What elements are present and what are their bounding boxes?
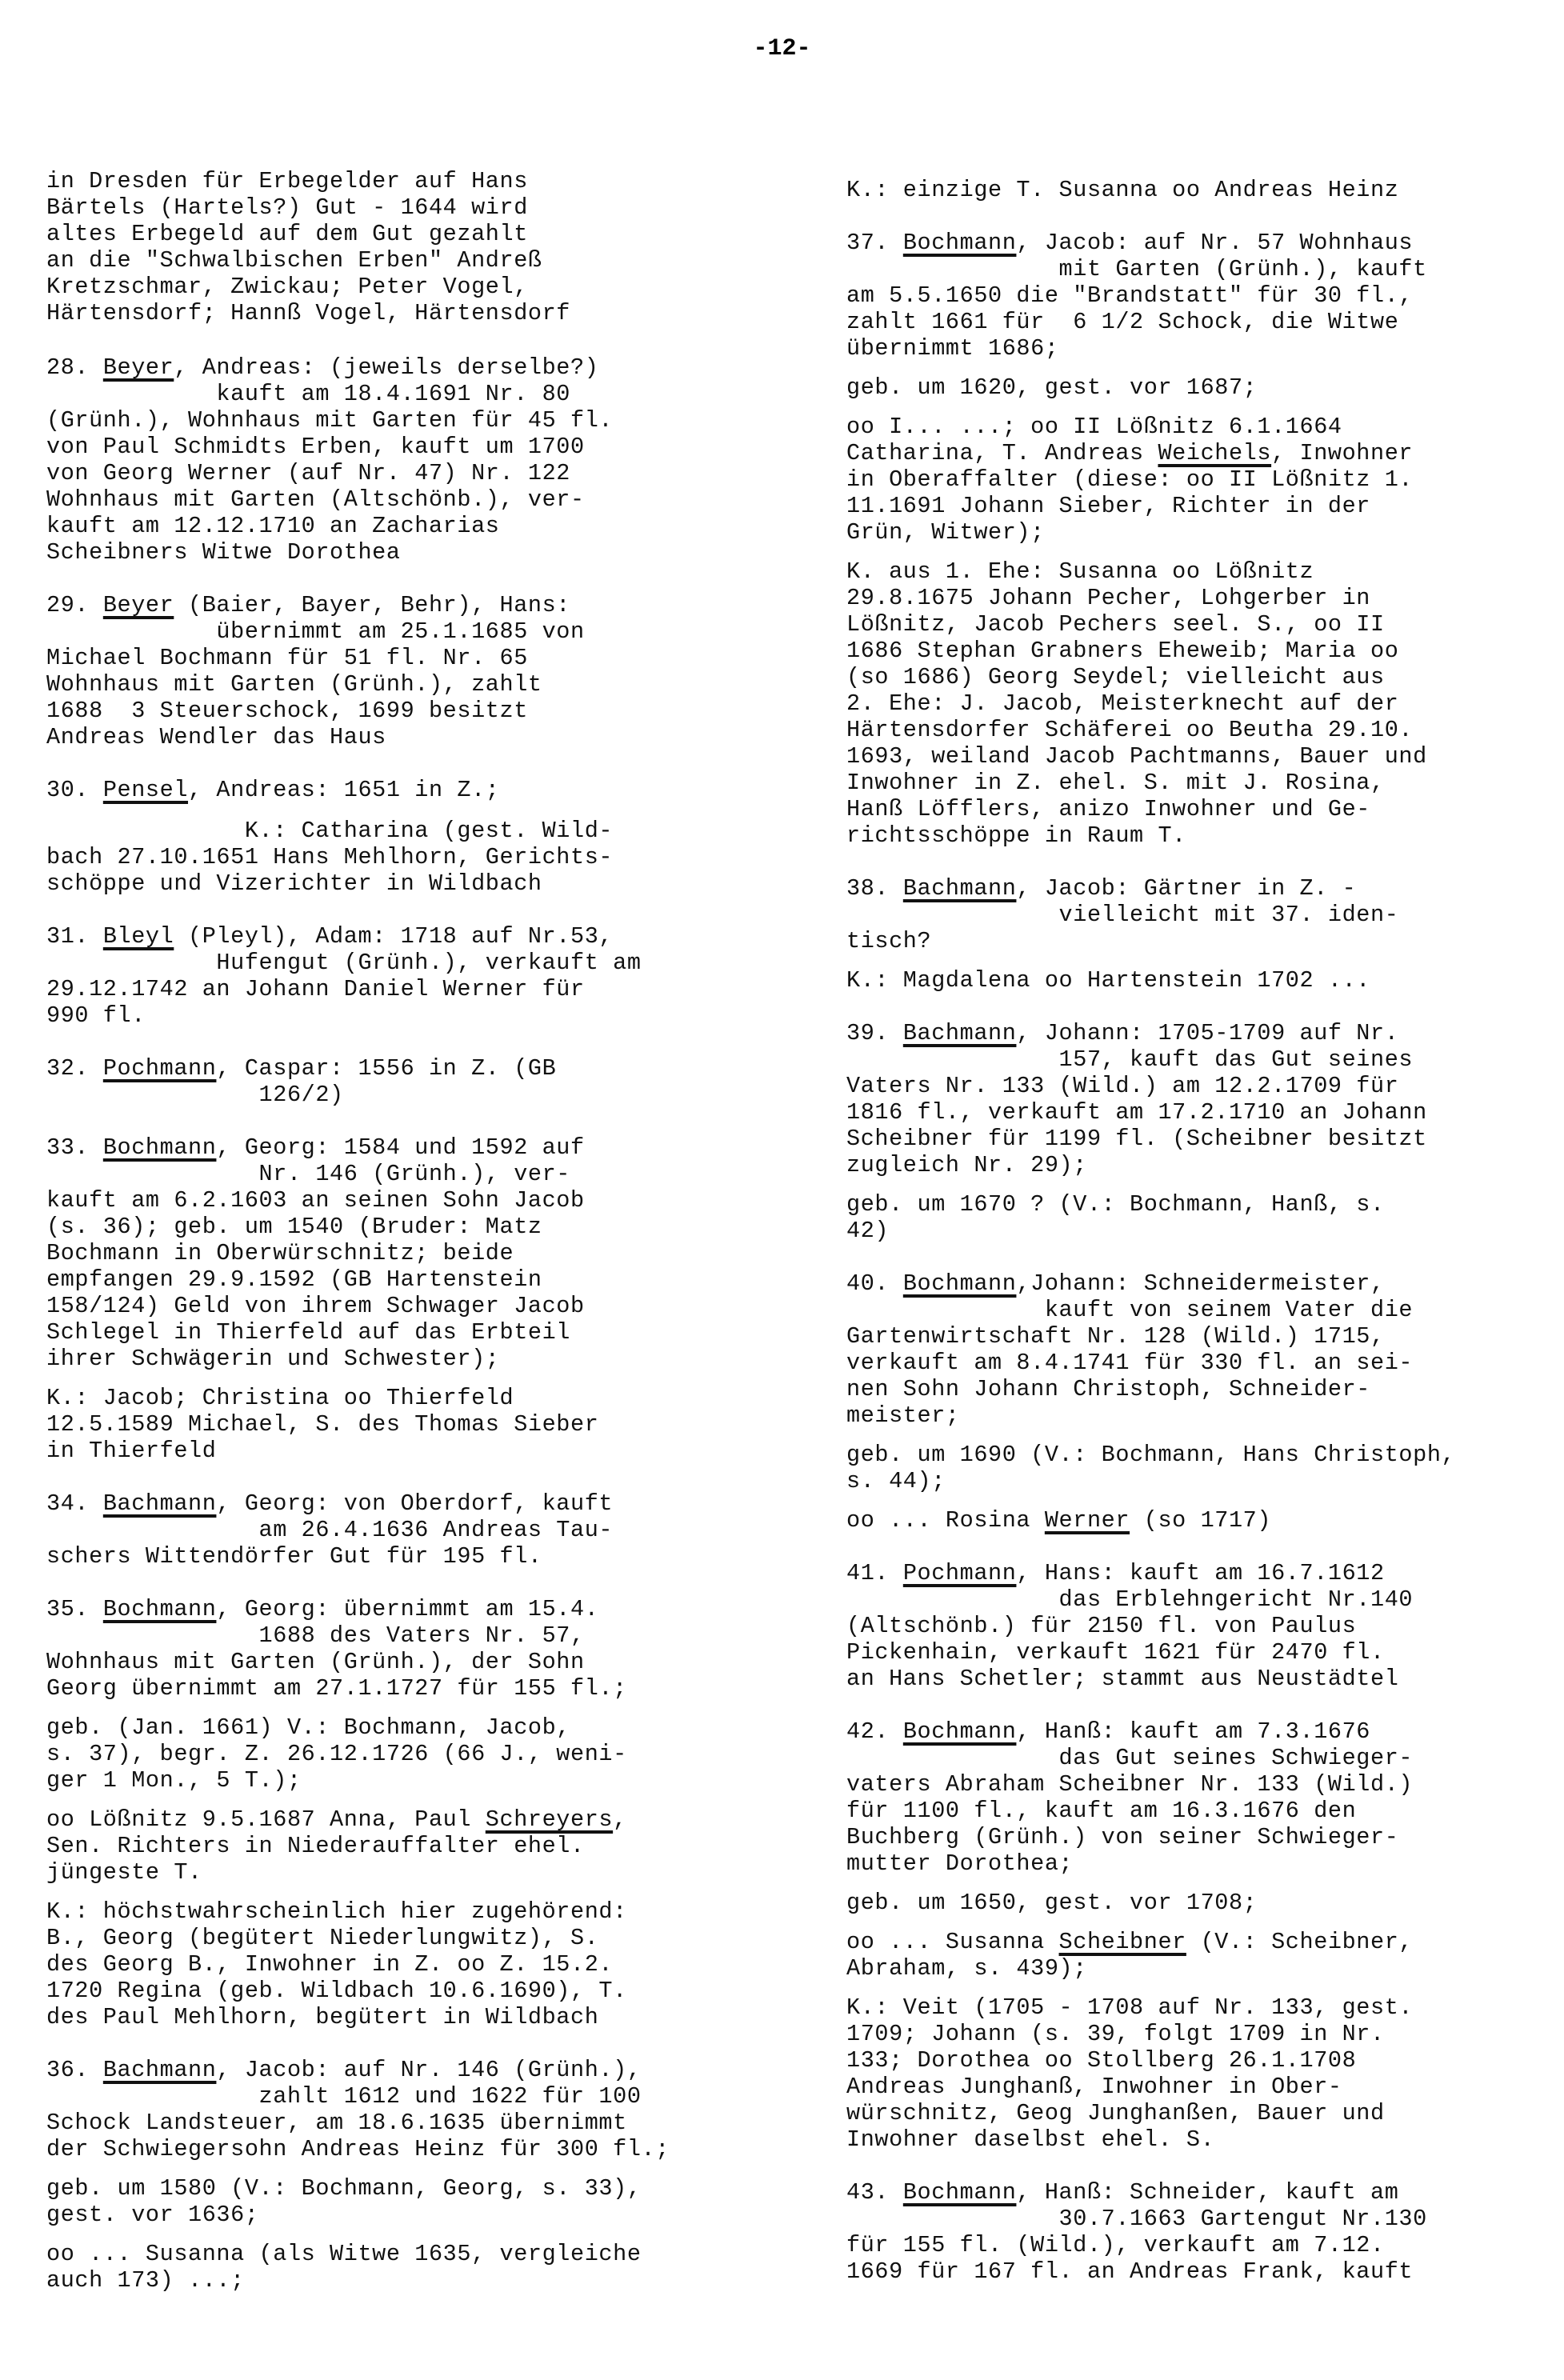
text-line: empfangen 29.9.1592 (GB Hartenstein — [46, 1266, 542, 1293]
text-line: Pickenhain, verkauft 1621 für 2470 fl. — [846, 1639, 1385, 1666]
text-line: am 26.4.1636 Andreas Tau- — [46, 1517, 613, 1543]
underlined-surname: Schreyers — [486, 1806, 613, 1833]
line-prefix: 32. — [46, 1055, 103, 1082]
line-text: , Johann: 1705-1709 auf Nr. — [1016, 1020, 1398, 1046]
text-line: von Paul Schmidts Erben, kauft um 1700 — [46, 434, 585, 460]
text-line: geb. (Jan. 1661) V.: Bochmann, Jacob, — [46, 1714, 570, 1741]
line-prefix: 41. — [846, 1560, 903, 1586]
text-line: 40. Bochmann,Johann: Schneidermeister, — [846, 1270, 1385, 1297]
text-line: Abraham, s. 439); — [846, 1955, 1087, 1982]
text-line: für 155 fl. (Wild.), verkauft am 7.12. — [846, 2232, 1385, 2258]
text-line: K.: einzige T. Susanna oo Andreas Heinz — [846, 177, 1398, 203]
text-line: 37. Bochmann, Jacob: auf Nr. 57 Wohnhaus — [846, 230, 1413, 256]
text-line: Buchberg (Grünh.) von seiner Schwieger- — [846, 1824, 1398, 1850]
text-line: das Erblehngericht Nr.140 — [846, 1586, 1413, 1613]
text-line: Scheibner für 1199 fl. (Scheibner besitz… — [846, 1126, 1427, 1152]
text-line: Inwohner in Z. ehel. S. mit J. Rosina, — [846, 770, 1385, 796]
text-line: Grün, Witwer); — [846, 519, 1045, 546]
text-line: 38. Bachmann, Jacob: Gärtner in Z. - — [846, 875, 1356, 902]
text-line: kauft am 6.2.1603 an seinen Sohn Jacob — [46, 1187, 585, 1214]
line-text: (so 1717) — [1130, 1507, 1271, 1534]
underlined-surname: Bachmann — [103, 2057, 217, 2083]
text-line: K.: Catharina (gest. Wild- — [46, 818, 613, 844]
text-line: nen Sohn Johann Christoph, Schneider- — [846, 1376, 1370, 1402]
text-line: 34. Bachmann, Georg: von Oberdorf, kauft — [46, 1490, 613, 1517]
text-line: (Grünh.), Wohnhaus mit Garten für 45 fl. — [46, 407, 613, 434]
text-line: Schlegel in Thierfeld auf das Erbteil — [46, 1319, 570, 1346]
text-line: der Schwiegersohn Andreas Heinz für 300 … — [46, 2136, 670, 2162]
text-line: mit Garten (Grünh.), kauft — [846, 256, 1427, 282]
line-prefix: 35. — [46, 1596, 103, 1622]
text-line: (s. 36); geb. um 1540 (Bruder: Matz — [46, 1214, 542, 1240]
text-line: 31. Bleyl (Pleyl), Adam: 1718 auf Nr.53, — [46, 923, 613, 950]
underlined-surname: Pensel — [103, 777, 188, 803]
line-text: , Inwohner — [1271, 440, 1413, 466]
text-line: gest. vor 1636; — [46, 2202, 259, 2228]
page-number: -12- — [0, 35, 1564, 62]
text-line: s. 37), begr. Z. 26.12.1726 (66 J., weni… — [46, 1741, 627, 1767]
text-line: zugleich Nr. 29); — [846, 1152, 1087, 1178]
underlined-surname: Beyer — [103, 592, 174, 618]
text-line: Wohnhaus mit Garten (Grünh.), zahlt — [46, 671, 542, 698]
text-line: 28. Beyer, Andreas: (jeweils derselbe?) — [46, 354, 598, 381]
underlined-surname: Bochmann — [903, 230, 1017, 256]
text-line: 1816 fl., verkauft am 17.2.1710 an Johan… — [846, 1099, 1427, 1126]
text-line: zahlt 1661 für 6 1/2 Schock, die Witwe — [846, 309, 1398, 335]
line-text: , Georg: von Oberdorf, kauft — [216, 1490, 613, 1517]
text-line: Georg übernimmt am 27.1.1727 für 155 fl.… — [46, 1675, 627, 1702]
text-line: Hufengut (Grünh.), verkauft am — [46, 950, 642, 976]
text-line: des Georg B., Inwohner in Z. oo Z. 15.2. — [46, 1951, 613, 1978]
underlined-surname: Bachmann — [903, 875, 1017, 902]
text-line: 29.8.1675 Johann Pecher, Lohgerber in — [846, 585, 1370, 611]
line-text: (V.: Scheibner, — [1186, 1929, 1413, 1955]
text-line: Gartenwirtschaft Nr. 128 (Wild.) 1715, — [846, 1323, 1385, 1350]
text-line: schöppe und Vizerichter in Wildbach — [46, 870, 542, 897]
text-line: oo ... Rosina Werner (so 1717) — [846, 1507, 1271, 1534]
line-prefix: 31. — [46, 923, 103, 950]
text-line: s. 44); — [846, 1468, 946, 1494]
underlined-surname: Bleyl — [103, 923, 174, 950]
line-prefix: 34. — [46, 1490, 103, 1517]
text-line: bach 27.10.1651 Hans Mehlhorn, Gerichts- — [46, 844, 613, 870]
line-text: , Hanß: Schneider, kauft am — [1016, 2179, 1398, 2206]
text-line: Lößnitz, Jacob Pechers seel. S., oo II — [846, 611, 1385, 638]
text-line: mutter Dorothea; — [846, 1850, 1073, 1877]
line-text: (Pleyl), Adam: 1718 auf Nr.53, — [174, 923, 613, 950]
text-line: übernimmt 1686; — [846, 335, 1059, 362]
underlined-surname: Bochmann — [903, 2179, 1017, 2206]
line-prefix: 43. — [846, 2179, 903, 2206]
text-line: vielleicht mit 37. iden- — [846, 902, 1398, 928]
text-line: 42. Bochmann, Hanß: kauft am 7.3.1676 — [846, 1718, 1370, 1745]
underlined-surname: Weichels — [1158, 440, 1271, 466]
text-line: 29. Beyer (Baier, Bayer, Behr), Hans: — [46, 592, 570, 618]
underlined-surname: Pochmann — [103, 1055, 217, 1082]
line-text: , Jacob: Gärtner in Z. - — [1016, 875, 1356, 902]
line-prefix: 39. — [846, 1020, 903, 1046]
line-prefix: 37. — [846, 230, 903, 256]
text-line: K.: Magdalena oo Hartenstein 1702 ... — [846, 967, 1370, 994]
line-text: , Jacob: auf Nr. 146 (Grünh.), — [216, 2057, 641, 2083]
text-line: 1688 3 Steuerschock, 1699 besitzt — [46, 698, 528, 724]
text-line: 30.7.1663 Gartengut Nr.130 — [846, 2206, 1427, 2232]
line-text: , Jacob: auf Nr. 57 Wohnhaus — [1016, 230, 1413, 256]
text-line: geb. um 1620, gest. vor 1687; — [846, 374, 1257, 401]
underlined-surname: Werner — [1045, 1507, 1130, 1534]
underlined-surname: Bachmann — [103, 1490, 217, 1517]
text-line: Catharina, T. Andreas Weichels, Inwohner — [846, 440, 1413, 466]
line-prefix: 40. — [846, 1270, 903, 1297]
text-line: K. aus 1. Ehe: Susanna oo Lößnitz — [846, 558, 1314, 585]
text-line: in Thierfeld — [46, 1438, 216, 1464]
line-text: , Georg: übernimmt am 15.4. — [216, 1596, 598, 1622]
text-line: 42) — [846, 1218, 889, 1244]
line-text: ,Johann: Schneidermeister, — [1016, 1270, 1384, 1297]
text-line: jüngeste T. — [46, 1859, 202, 1886]
text-line: K.: Jacob; Christina oo Thierfeld — [46, 1385, 514, 1411]
text-line: oo I... ...; oo II Lößnitz 6.1.1664 — [846, 414, 1342, 440]
line-prefix: oo ... Rosina — [846, 1507, 1045, 1534]
text-line: 30. Pensel, Andreas: 1651 in Z.; — [46, 777, 500, 803]
text-line: 158/124) Geld von ihrem Schwager Jacob — [46, 1293, 585, 1319]
text-line: meister; — [846, 1402, 960, 1429]
text-line: Kretzschmar, Zwickau; Peter Vogel, — [46, 274, 528, 300]
text-line: geb. um 1670 ? (V.: Bochmann, Hanß, s. — [846, 1191, 1385, 1218]
line-text: , Hans: kauft am 16.7.1612 — [1016, 1560, 1384, 1586]
text-line: ihrer Schwägerin und Schwester); — [46, 1346, 500, 1372]
text-line: Vaters Nr. 133 (Wild.) am 12.2.1709 für — [846, 1073, 1398, 1099]
text-line: 1720 Regina (geb. Wildbach 10.6.1690), T… — [46, 1978, 627, 2004]
text-line: 157, kauft das Gut seines — [846, 1046, 1413, 1073]
text-line: übernimmt am 25.1.1685 von — [46, 618, 585, 645]
text-line: K.: Veit (1705 - 1708 auf Nr. 133, gest. — [846, 1994, 1413, 2021]
underlined-surname: Bochmann — [103, 1134, 217, 1161]
text-line: 133; Dorothea oo Stollberg 26.1.1708 — [846, 2047, 1356, 2074]
text-line: Inwohner daselbst ehel. S. — [846, 2126, 1214, 2153]
line-prefix: 30. — [46, 777, 103, 803]
text-line: Andreas Junghanß, Inwohner in Ober- — [846, 2074, 1342, 2100]
underlined-surname: Bachmann — [903, 1020, 1017, 1046]
line-text: , Hanß: kauft am 7.3.1676 — [1016, 1718, 1370, 1745]
text-line: 33. Bochmann, Georg: 1584 und 1592 auf — [46, 1134, 585, 1161]
text-line: oo Lößnitz 9.5.1687 Anna, Paul Schreyers… — [46, 1806, 627, 1833]
text-line: Hanß Löfflers, anizo Inwohner und Ge- — [846, 796, 1370, 822]
text-line: Härtensdorf; Hannß Vogel, Härtensdorf — [46, 300, 570, 326]
text-line: 126/2) — [46, 1082, 344, 1108]
text-line: 36. Bachmann, Jacob: auf Nr. 146 (Grünh.… — [46, 2057, 642, 2083]
line-text: , Caspar: 1556 in Z. (GB — [216, 1055, 556, 1082]
text-line: 2. Ehe: J. Jacob, Meisterknecht auf der — [846, 690, 1398, 717]
line-prefix: 42. — [846, 1718, 903, 1745]
text-line: (so 1686) Georg Seydel; vielleicht aus — [846, 664, 1385, 690]
line-prefix: oo ... Susanna — [846, 1929, 1059, 1955]
text-line: schers Wittendörfer Gut für 195 fl. — [46, 1543, 542, 1570]
text-line: Andreas Wendler das Haus — [46, 724, 386, 750]
underlined-surname: Bochmann — [903, 1718, 1017, 1745]
text-line: K.: höchstwahrscheinlich hier zugehörend… — [46, 1898, 627, 1925]
text-line: 35. Bochmann, Georg: übernimmt am 15.4. — [46, 1596, 598, 1622]
text-line: Michael Bochmann für 51 fl. Nr. 65 — [46, 645, 528, 671]
text-line: (Altschönb.) für 2150 fl. von Paulus — [846, 1613, 1356, 1639]
line-prefix: 29. — [46, 592, 103, 618]
text-line: tisch? — [846, 928, 931, 954]
text-line: ger 1 Mon., 5 T.); — [46, 1767, 302, 1794]
text-line: 39. Bachmann, Johann: 1705-1709 auf Nr. — [846, 1020, 1398, 1046]
text-line: Bärtels (Hartels?) Gut - 1644 wird — [46, 194, 528, 221]
text-line: geb. um 1690 (V.: Bochmann, Hans Christo… — [846, 1442, 1455, 1468]
line-prefix: oo Lößnitz 9.5.1687 Anna, Paul — [46, 1806, 486, 1833]
text-line: 32. Pochmann, Caspar: 1556 in Z. (GB — [46, 1055, 556, 1082]
text-line: des Paul Mehlhorn, begütert in Wildbach — [46, 2004, 598, 2030]
text-line: oo ... Susanna Scheibner (V.: Scheibner, — [846, 1929, 1413, 1955]
text-line: 29.12.1742 an Johann Daniel Werner für — [46, 976, 585, 1002]
text-line: 990 fl. — [46, 1002, 146, 1029]
underlined-surname: Scheibner — [1059, 1929, 1186, 1955]
text-line: verkauft am 8.4.1741 für 330 fl. an sei- — [846, 1350, 1413, 1376]
text-line: zahlt 1612 und 1622 für 100 — [46, 2083, 642, 2110]
line-prefix: Catharina, T. Andreas — [846, 440, 1158, 466]
text-line: für 1100 fl., kauft am 16.3.1676 den — [846, 1798, 1356, 1824]
text-line: an Hans Schetler; stammt aus Neustädtel — [846, 1666, 1398, 1692]
line-prefix: 33. — [46, 1134, 103, 1161]
text-line: geb. um 1580 (V.: Bochmann, Georg, s. 33… — [46, 2175, 642, 2202]
text-line: kauft am 12.12.1710 an Zacharias — [46, 513, 500, 539]
text-line: von Georg Werner (auf Nr. 47) Nr. 122 — [46, 460, 570, 486]
underlined-surname: Beyer — [103, 354, 174, 381]
text-line: kauft von seinem Vater die — [846, 1297, 1413, 1323]
text-line: Härtensdorfer Schäferei oo Beutha 29.10. — [846, 717, 1413, 743]
text-line: in Dresden für Erbegelder auf Hans — [46, 168, 528, 194]
text-line: 43. Bochmann, Hanß: Schneider, kauft am — [846, 2179, 1398, 2206]
underlined-surname: Bochmann — [903, 1270, 1017, 1297]
text-line: 1693, weiland Jacob Pachtmanns, Bauer un… — [846, 743, 1427, 770]
text-line: an die "Schwalbischen Erben" Andreß — [46, 247, 542, 274]
text-line: Wohnhaus mit Garten (Grünh.), der Sohn — [46, 1649, 585, 1675]
text-line: am 5.5.1650 die "Brandstatt" für 30 fl., — [846, 282, 1413, 309]
line-text: , Andreas: 1651 in Z.; — [188, 777, 499, 803]
text-line: Nr. 146 (Grünh.), ver- — [46, 1161, 570, 1187]
text-line: 1686 Stephan Grabners Eheweib; Maria oo — [846, 638, 1398, 664]
line-text: (Baier, Bayer, Behr), Hans: — [174, 592, 570, 618]
underlined-surname: Pochmann — [903, 1560, 1017, 1586]
line-prefix: 28. — [46, 354, 103, 381]
text-line: Sen. Richters in Niederauffalter ehel. — [46, 1833, 585, 1859]
text-line: 12.5.1589 Michael, S. des Thomas Sieber — [46, 1411, 598, 1438]
text-line: 1709; Johann (s. 39, folgt 1709 in Nr. — [846, 2021, 1385, 2047]
text-line: Wohnhaus mit Garten (Altschönb.), ver- — [46, 486, 585, 513]
text-line: geb. um 1650, gest. vor 1708; — [846, 1890, 1257, 1916]
text-line: vaters Abraham Scheibner Nr. 133 (Wild.) — [846, 1771, 1413, 1798]
text-line: 11.1691 Johann Sieber, Richter in der — [846, 493, 1370, 519]
text-line: Scheibners Witwe Dorothea — [46, 539, 401, 566]
text-line: richtsschöppe in Raum T. — [846, 822, 1186, 849]
line-text: , Georg: 1584 und 1592 auf — [216, 1134, 584, 1161]
text-line: Bochmann in Oberwürschnitz; beide — [46, 1240, 514, 1266]
text-line: auch 173) ...; — [46, 2267, 245, 2294]
text-line: 41. Pochmann, Hans: kauft am 16.7.1612 — [846, 1560, 1385, 1586]
line-prefix: 38. — [846, 875, 903, 902]
line-text: , Andreas: (jeweils derselbe?) — [174, 354, 598, 381]
line-prefix: 36. — [46, 2057, 103, 2083]
underlined-surname: Bochmann — [103, 1596, 217, 1622]
text-line: 1688 des Vaters Nr. 57, — [46, 1622, 585, 1649]
text-line: altes Erbegeld auf dem Gut gezahlt — [46, 221, 528, 247]
text-line: oo ... Susanna (als Witwe 1635, vergleic… — [46, 2241, 642, 2267]
text-line: würschnitz, Geog Junghanßen, Bauer und — [846, 2100, 1385, 2126]
text-line: kauft am 18.4.1691 Nr. 80 — [46, 381, 570, 407]
line-text: , — [613, 1806, 627, 1833]
text-line: Schock Landsteuer, am 18.6.1635 übernimm… — [46, 2110, 627, 2136]
text-line: das Gut seines Schwieger- — [846, 1745, 1413, 1771]
text-line: in Oberaffalter (diese: oo II Lößnitz 1. — [846, 466, 1413, 493]
text-line: B., Georg (begütert Niederlungwitz), S. — [46, 1925, 598, 1951]
text-line: 1669 für 167 fl. an Andreas Frank, kauft — [846, 2258, 1413, 2285]
